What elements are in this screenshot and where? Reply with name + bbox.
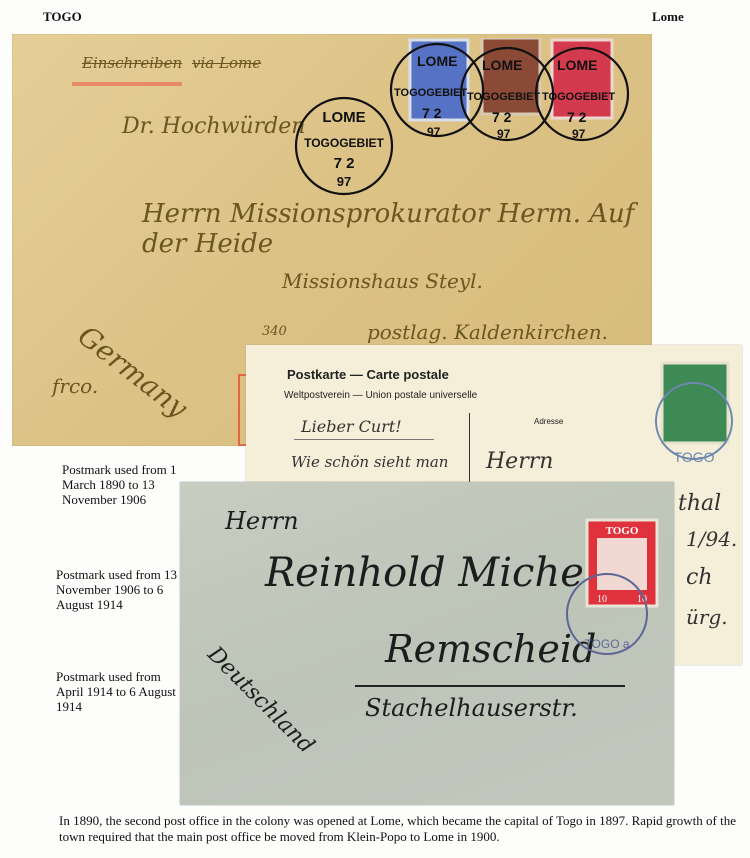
salutation: Dr. Hochwürden	[122, 114, 305, 139]
recipient-street: Stachelhauserstr.	[365, 694, 578, 722]
postcard-greeting: Lieber Curt!	[301, 417, 402, 436]
svg-text:97: 97	[427, 125, 441, 139]
svg-text:TOGOGEBIET: TOGOGEBIET	[542, 91, 615, 103]
postcard-message: Wie schön sieht man	[291, 453, 448, 471]
address-line-1: Missionshaus Steyl.	[282, 269, 483, 293]
recipient-country: Deutschland	[202, 642, 319, 759]
address-label: Adresse	[534, 417, 563, 426]
city-underline	[355, 685, 625, 687]
lome-postmark: LOME TOGOGEBIET 7 2 97	[290, 92, 398, 200]
franco-note: frco.	[52, 374, 98, 398]
svg-text:97: 97	[497, 127, 511, 141]
address-line-2: postlag. Kaldenkirchen.	[367, 320, 608, 344]
svg-text:10: 10	[597, 594, 607, 605]
greeting-underline	[294, 439, 434, 440]
destination-country: Germany	[72, 319, 194, 425]
svg-text:LOME: LOME	[417, 53, 457, 69]
page-title-town: Lome	[652, 9, 684, 25]
svg-text:LOME: LOME	[482, 57, 522, 73]
recipient-title: Herrn	[225, 507, 299, 535]
route-note: via Lome	[192, 54, 261, 72]
svg-text:LOME: LOME	[557, 57, 597, 73]
green-togo-stamp: TOGO	[654, 359, 740, 469]
svg-text:LOME: LOME	[322, 109, 365, 126]
grey-envelope: Herrn Reinhold Michel Remscheid Stachelh…	[180, 482, 674, 805]
page-title-country: TOGO	[43, 9, 82, 25]
svg-text:TOGO: TOGO	[606, 525, 639, 537]
svg-text:7 2: 7 2	[422, 105, 442, 121]
red-underline	[72, 82, 182, 86]
postcard-recipient: Herrn	[486, 449, 553, 474]
caption-postmark-1906: Postmark used from 13 November 1906 to 6…	[56, 567, 186, 612]
footer-description: In 1890, the second post office in the c…	[59, 813, 749, 845]
svg-text:97: 97	[337, 174, 351, 189]
caption-postmark-1914: Postmark used from April 1914 to 6 Augus…	[56, 669, 186, 714]
registered-note: Einschreiben	[82, 54, 182, 72]
svg-text:7 2: 7 2	[492, 109, 512, 125]
postcard-line-3: ch	[686, 565, 713, 590]
svg-text:97: 97	[572, 127, 586, 141]
svg-text:TOGOGEBIET: TOGOGEBIET	[394, 87, 467, 99]
red-togo-stamp: TOGO 10 10 TOGO a	[565, 516, 665, 656]
reference-number: 340	[262, 324, 287, 339]
recipient-name: Reinhold Michel	[265, 550, 597, 596]
postcard-line-1: thal	[678, 491, 721, 516]
svg-text:7 2: 7 2	[334, 155, 355, 172]
svg-text:7 2: 7 2	[567, 109, 587, 125]
svg-text:TOGOGEBIET: TOGOGEBIET	[304, 136, 384, 150]
postcard-line-4: ürg.	[686, 605, 728, 629]
caption-postmark-1890: Postmark used from 1 March 1890 to 13 No…	[62, 462, 192, 507]
svg-text:TOGO a: TOGO a	[584, 637, 629, 651]
postcard-subtitle: Weltpostverein — Union postale universel…	[284, 390, 477, 401]
postmark-cluster: LOMELOMELOME TOGOGEBIETTOGOGEBIETTOGOGEB…	[382, 36, 652, 146]
svg-text:TOGOGEBIET: TOGOGEBIET	[467, 91, 540, 103]
svg-text:TOGO: TOGO	[674, 449, 715, 465]
addressee: Herrn Missionsprokurator Herm. Auf der H…	[142, 199, 652, 259]
postcard-line-2: 1/94.	[686, 527, 737, 551]
postcard-title: Postkarte — Carte postale	[287, 367, 449, 382]
